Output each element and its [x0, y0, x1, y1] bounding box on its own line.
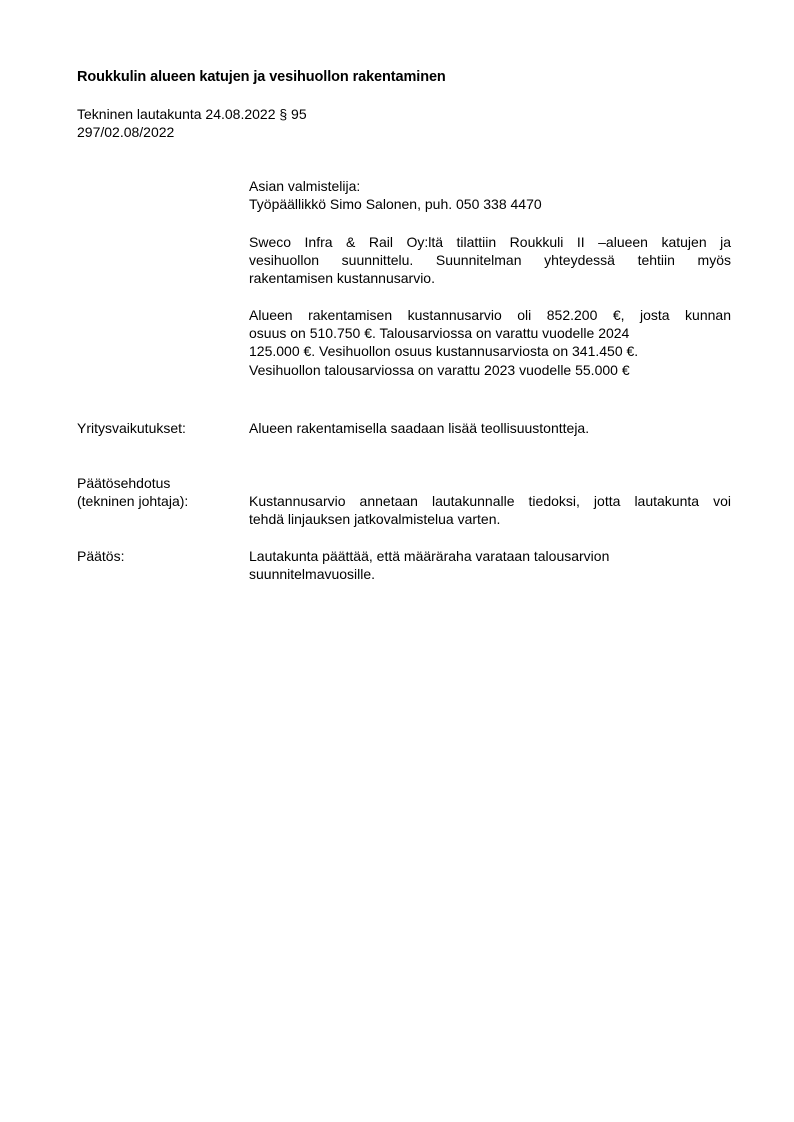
paragraph-line: Vesihuollon talousarviossa on varattu 20… — [249, 361, 731, 379]
preparer-label: Asian valmistelija: — [249, 177, 731, 195]
label-line: Päätösehdotus — [77, 474, 188, 492]
text-line: tehdä linjauksen jatkovalmistelua varten… — [249, 510, 731, 528]
section-text-proposal: Kustannusarvio annetaan lautakunnalle ti… — [249, 492, 731, 528]
document-page: Roukkulin alueen katujen ja vesihuollon … — [0, 0, 794, 1122]
section-text-business-impact: Alueen rakentamisella saadaan lisää teol… — [249, 419, 731, 437]
section-label-decision: Päätös: — [77, 547, 124, 565]
text-line: suunnitelmavuosille. — [249, 565, 731, 583]
cost-paragraph: Alueen rakentamisen kustannusarvio oli 8… — [249, 306, 731, 379]
paragraph-line: vesihuollon suunnittelu. Suunnitelman yh… — [249, 251, 731, 269]
label-line: Päätös: — [77, 547, 124, 565]
record-number: 297/02.08/2022 — [77, 123, 307, 141]
background-paragraph: Sweco Infra & Rail Oy:ltä tilattiin Rouk… — [249, 233, 731, 288]
paragraph-line: osuus on 510.750 €. Talousarviossa on va… — [249, 324, 731, 342]
paragraph-line: rakentamisen kustannusarvio. — [249, 269, 731, 287]
document-title: Roukkulin alueen katujen ja vesihuollon … — [77, 68, 446, 86]
meeting-info: Tekninen lautakunta 24.08.2022 § 95 297/… — [77, 105, 307, 141]
section-label-business-impact: Yritysvaikutukset: — [77, 419, 186, 437]
text-line: Kustannusarvio annetaan lautakunnalle ti… — [249, 492, 731, 510]
preparer-name: Työpäällikkö Simo Salonen, puh. 050 338 … — [249, 195, 731, 213]
paragraph-line: 125.000 €. Vesihuollon osuus kustannusar… — [249, 342, 731, 360]
label-line: (tekninen johtaja): — [77, 492, 188, 510]
preparer-block: Asian valmistelija: Työpäällikkö Simo Sa… — [249, 177, 731, 213]
text-line: Lautakunta päättää, että määräraha varat… — [249, 547, 731, 565]
section-label-proposal: Päätösehdotus (tekninen johtaja): — [77, 474, 188, 510]
paragraph-line: Sweco Infra & Rail Oy:ltä tilattiin Rouk… — [249, 233, 731, 251]
label-line: Yritysvaikutukset: — [77, 419, 186, 437]
paragraph-line: Alueen rakentamisen kustannusarvio oli 8… — [249, 306, 731, 324]
meeting-line: Tekninen lautakunta 24.08.2022 § 95 — [77, 105, 307, 123]
text-line: Alueen rakentamisella saadaan lisää teol… — [249, 419, 731, 437]
section-text-decision: Lautakunta päättää, että määräraha varat… — [249, 547, 731, 583]
